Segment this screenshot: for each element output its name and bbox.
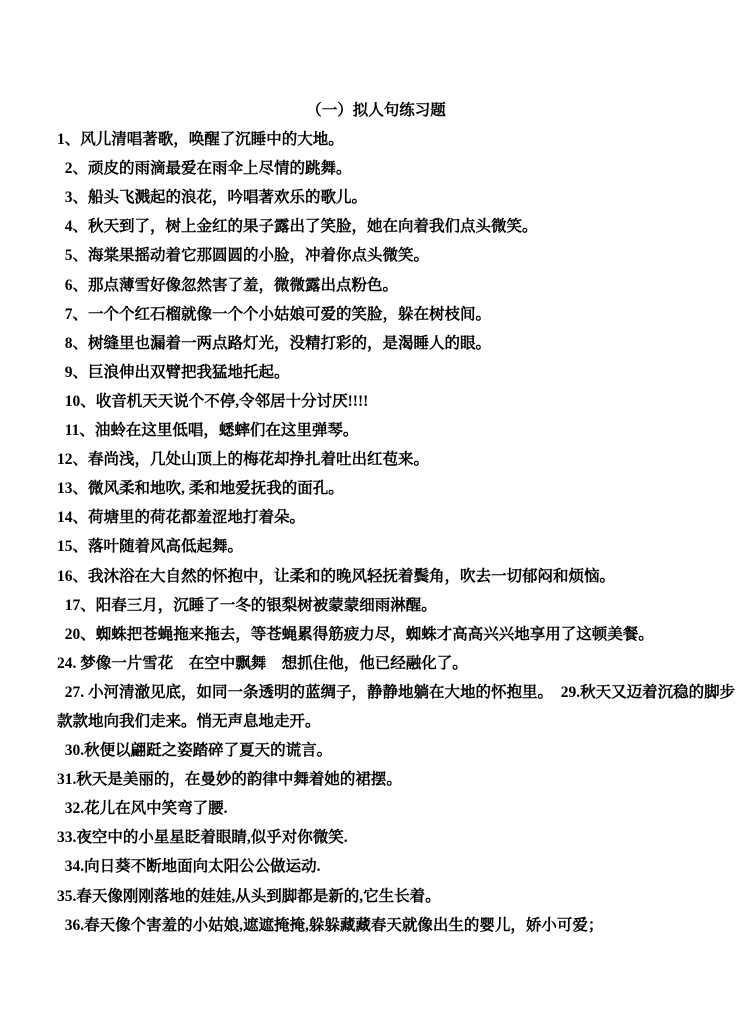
worksheet-page: （一）拟人句练习题 1、风儿清唱著歌，唤醒了沉睡中的大地。 2、顽皮的雨滴最爱在… — [0, 0, 745, 1032]
exercise-sentence: 2、顽皮的雨滴最爱在雨伞上尽情的跳舞。 — [57, 154, 695, 183]
exercise-sentence: 15、落叶随着风高低起舞。 — [57, 532, 695, 561]
exercise-sentence: 34.向日葵不断地面向太阳公公做运动. — [57, 852, 695, 881]
worksheet-title: （一）拟人句练习题 — [57, 96, 695, 125]
exercise-sentence: 24. 梦像一片雪花 在空中飘舞 想抓住他，他已经融化了。 — [57, 649, 695, 678]
exercise-sentence: 30.秋便以翩跹之姿踏碎了夏天的谎言。 — [57, 736, 695, 765]
exercise-sentence: 1、风儿清唱著歌，唤醒了沉睡中的大地。 — [57, 125, 695, 154]
worksheet-body: 1、风儿清唱著歌，唤醒了沉睡中的大地。 2、顽皮的雨滴最爱在雨伞上尽情的跳舞。 … — [57, 125, 695, 940]
exercise-sentence: 11、油蛉在这里低唱，蟋蟀们在这里弹琴。 — [57, 416, 695, 445]
exercise-sentence: 4、秋天到了，树上金红的果子露出了笑脸，她在向着我们点头微笑。 — [57, 212, 695, 241]
exercise-sentence: 14、荷塘里的荷花都羞涩地打着朵。 — [57, 503, 695, 532]
exercise-sentence: 7、一个个红石榴就像一个个小姑娘可爱的笑脸，躲在树枝间。 — [57, 300, 695, 329]
exercise-sentence: 27. 小河清澈见底，如同一条透明的蓝绸子，静静地躺在大地的怀抱里。 29.秋天… — [57, 678, 695, 707]
exercise-sentence: 17、阳春三月，沉睡了一冬的银梨树被蒙蒙细雨淋醒。 — [57, 591, 695, 620]
exercise-sentence: 31.秋天是美丽的，在曼妙的韵律中舞着她的裙摆。 — [57, 765, 695, 794]
exercise-sentence: 33.夜空中的小星星眨着眼睛,似乎对你微笑. — [57, 823, 695, 852]
exercise-sentence: 3、船头飞溅起的浪花，吟唱著欢乐的歌儿。 — [57, 183, 695, 212]
exercise-sentence: 20、蜘蛛把苍蝇拖来拖去，等苍蝇累得筋疲力尽，蜘蛛才高高兴兴地享用了这顿美餐。 — [57, 620, 695, 649]
exercise-sentence: 10、收音机天天说个不停,令邻居十分讨厌!!!! — [57, 387, 695, 416]
exercise-sentence: 35.春天像刚刚落地的娃娃,从头到脚都是新的,它生长着。 — [57, 882, 695, 911]
exercise-sentence: 16、我沐浴在大自然的怀抱中，让柔和的晚风轻抚着鬓角，吹去一切郁闷和烦恼。 — [57, 562, 695, 591]
exercise-sentence: 5、海棠果摇动着它那圆圆的小脸，冲着你点头微笑。 — [57, 241, 695, 270]
exercise-sentence: 36.春天像个害羞的小姑娘,遮遮掩掩,躲躲藏藏春天就像出生的婴儿，娇小可爱； — [57, 911, 695, 940]
exercise-sentence: 6、那点薄雪好像忽然害了羞，微微露出点粉色。 — [57, 271, 695, 300]
exercise-sentence: 9、巨浪伸出双臂把我猛地托起。 — [57, 358, 695, 387]
exercise-sentence: 32.花儿在风中笑弯了腰. — [57, 794, 695, 823]
exercise-sentence: 8、树缝里也漏着一两点路灯光，没精打彩的，是渴睡人的眼。 — [57, 329, 695, 358]
exercise-sentence: 13、微风柔和地吹, 柔和地爱抚我的面孔。 — [57, 474, 695, 503]
exercise-sentence: 款款地向我们走来。悄无声息地走开。 — [57, 707, 695, 736]
exercise-sentence: 12、春尚浅，几处山顶上的梅花却挣扎着吐出红苞来。 — [57, 445, 695, 474]
